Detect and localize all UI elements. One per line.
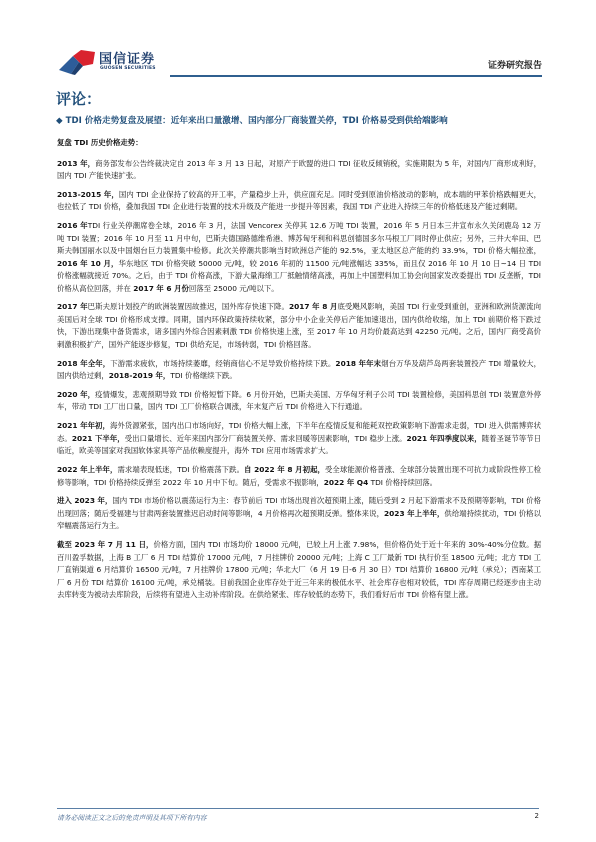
paragraph-2020: 2020 年，疫情爆发，悲观预期导致 TDI 价格短暂下降。6 月份开始，巴斯夫… <box>57 389 541 414</box>
paragraph-2016: 2016 年TDI 行业关停潮席卷全球，2016 年 3 月，法国 Vencor… <box>57 220 541 295</box>
bullet-heading-text: TDI 价格走势复盘及展望：近年来出口量激增、国内部分厂商装置关停，TDI 价格… <box>66 116 448 126</box>
section-bullet-heading: ◆ TDI 价格走势复盘及展望：近年来出口量激增、国内部分厂商装置关停，TDI … <box>56 114 448 126</box>
header-divider <box>170 75 542 77</box>
section-title: 评论： <box>56 88 101 109</box>
logo-text-cn: 国信证券 <box>99 48 155 67</box>
footer-divider <box>57 808 539 809</box>
paragraph-2023: 进入 2023 年，国内 TDI 市场价格以震荡运行为主：春节前后 TDI 市场… <box>57 495 541 533</box>
body-content: 复盘 TDI 历史价格走势： 2013 年，商务部发布公告终裁决定自 2013 … <box>57 137 541 608</box>
footer-disclaimer: 请务必阅读正文之后的免责声明及其项下所有内容 <box>57 812 207 822</box>
logo-mark-icon <box>57 48 97 76</box>
page-number: 2 <box>535 812 539 820</box>
report-type-label: 证券研究报告 <box>488 58 542 71</box>
paragraph-2013: 2013 年，商务部发布公告终裁决定自 2013 年 3 月 13 日起，对原产… <box>57 158 541 183</box>
paragraph-2022: 2022 年上半年，需求端表现低迷，TDI 价格震荡下跌。自 2022 年 8 … <box>57 464 541 489</box>
body-subtitle: 复盘 TDI 历史价格走势： <box>57 137 541 150</box>
paragraph-2023-07-11: 截至 2023 年 7 月 11 日，价格方面，国内 TDI 市场均价 1800… <box>57 539 541 602</box>
logo-text-en: GUOSEN SECURITIES <box>100 66 156 71</box>
diamond-bullet-icon: ◆ <box>56 116 63 126</box>
guosen-logo: 国信证券 GUOSEN SECURITIES <box>57 46 167 78</box>
paragraph-2018: 2018 年全年，下游需求疲软，市场持续萎靡，经销商信心不足导致价格持续下跌。2… <box>57 358 541 383</box>
paragraph-2013-2015: 2013-2015 年，国内 TDI 企业保持了较高的开工率，产量稳步上升，供应… <box>57 189 541 214</box>
paragraph-2017: 2017 年巴斯夫原计划投产的欧洲装置因故推迟，国外库存快速下降。2017 年 … <box>57 301 541 351</box>
paragraph-2021: 2021 年年初，海外货源紧张，国内出口市场向好，TDI 价格大幅上涨，下半年在… <box>57 420 541 458</box>
page-header: 国信证券 GUOSEN SECURITIES 证券研究报告 <box>57 46 542 78</box>
